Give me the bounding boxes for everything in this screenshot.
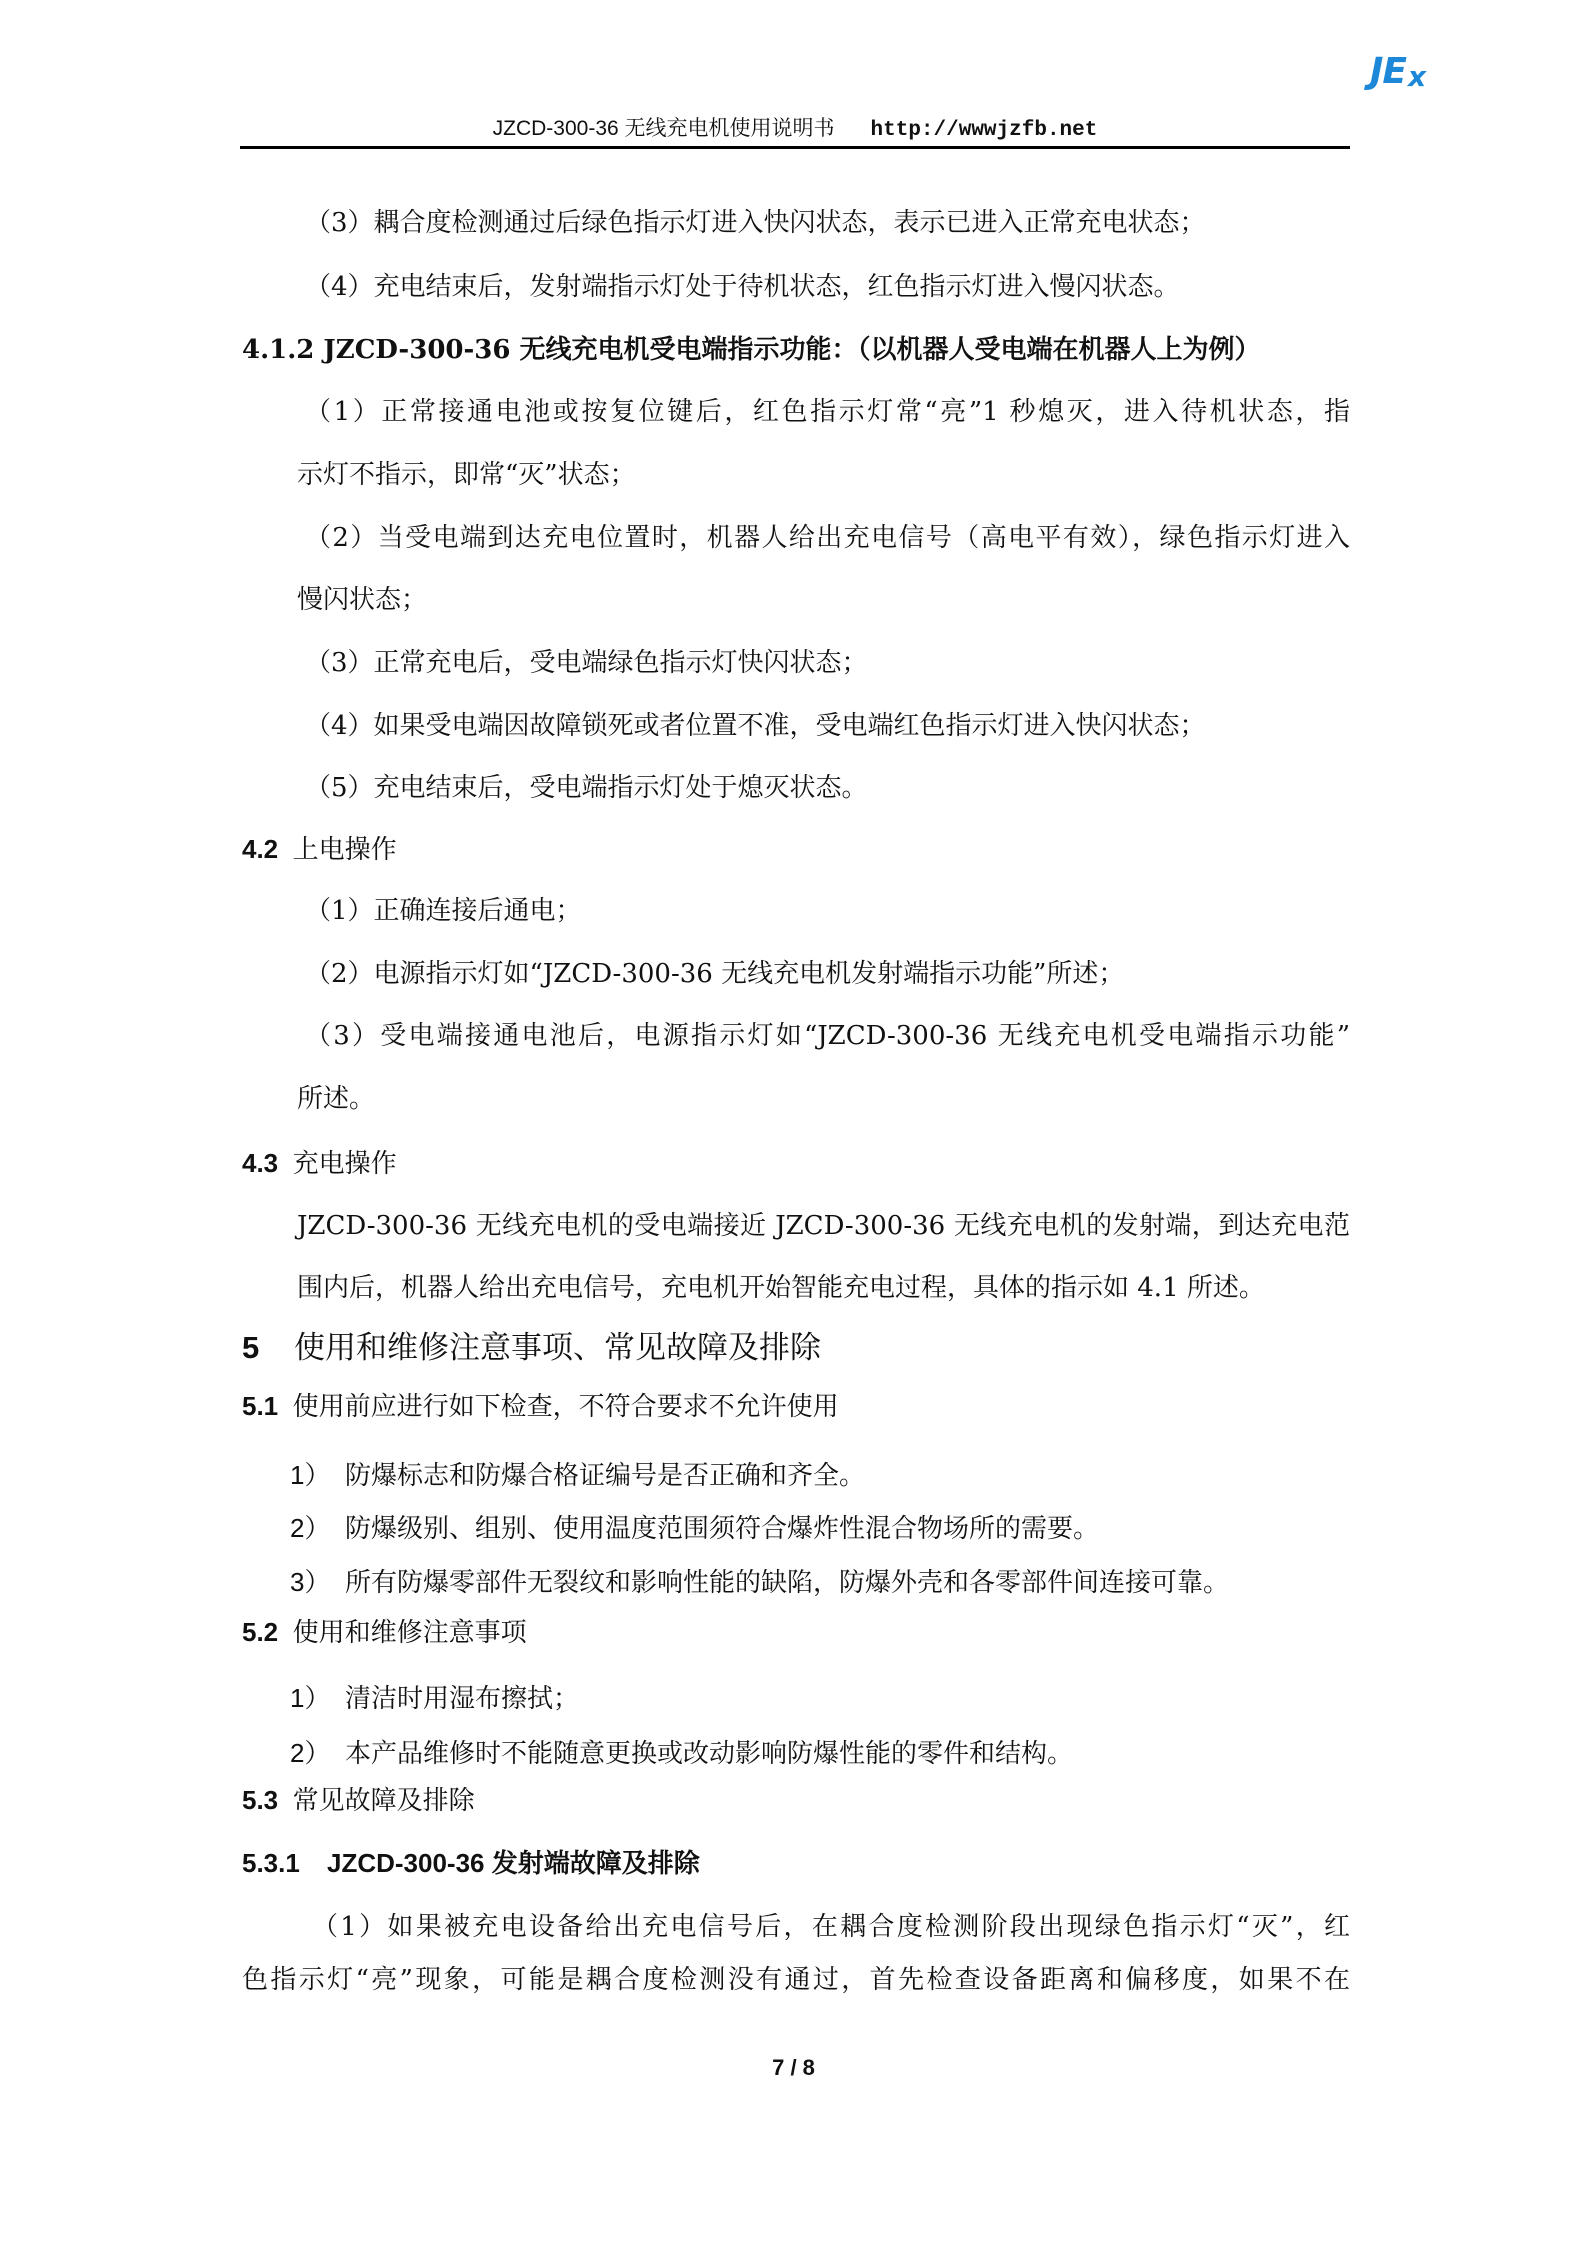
paragraph-line: JZCD-300-36 无线充电机的受电端接近 JZCD-300-36 无线充电… xyxy=(297,1208,1350,1244)
chapter-heading-5: 5使用和维修注意事项、常见故障及排除 xyxy=(242,1330,821,1366)
document-title: JZCD-300-36 无线充电机使用说明书 xyxy=(493,117,835,140)
company-logo: JEx xyxy=(1370,52,1425,92)
list-label: 1） xyxy=(290,1680,345,1716)
header-divider xyxy=(240,146,1350,149)
section-title: 使用和维修注意事项 xyxy=(293,1617,527,1647)
section-title: 上电操作 xyxy=(293,834,397,864)
section-heading-5-3-1: 5.3.1JZCD-300-36 发射端故障及排除 xyxy=(242,1845,700,1881)
list-item: （1）正常接通电池或按复位键后，红色指示灯常“亮”1 秒熄灭，进入待机状态，指 xyxy=(305,394,1350,430)
list-label: 1） xyxy=(290,1457,345,1493)
list-item: 3）所有防爆零部件无裂纹和影响性能的缺陷，防爆外壳和各零部件间连接可靠。 xyxy=(290,1564,1229,1600)
list-item: （3）耦合度检测通过后绿色指示灯进入快闪状态，表示已进入正常充电状态； xyxy=(305,205,1206,241)
list-item: （4）如果受电端因故障锁死或者位置不准，受电端红色指示灯进入快闪状态； xyxy=(305,708,1206,744)
list-item: （3）受电端接通电池后，电源指示灯如“JZCD-300-36 无线充电机受电端指… xyxy=(305,1018,1350,1054)
list-text: 本产品维修时不能随意更换或改动影响防爆性能的零件和结构。 xyxy=(345,1738,1073,1768)
chapter-title: 使用和维修注意事项、常见故障及排除 xyxy=(294,1330,821,1365)
website-url: http://wwwjzfb.net xyxy=(871,119,1098,142)
section-heading-5-1: 5.1 使用前应进行如下检查，不符合要求不允许使用 xyxy=(242,1388,839,1424)
list-item-continuation: 示灯不指示，即常“灭”状态； xyxy=(297,457,636,493)
section-heading-5-3: 5.3 常见故障及排除 xyxy=(242,1782,475,1818)
running-header: JZCD-300-36 无线充电机使用说明书http://wwwjzfb.net xyxy=(240,114,1350,144)
section-title: 使用前应进行如下检查，不符合要求不允许使用 xyxy=(293,1391,839,1421)
chapter-number: 5 xyxy=(242,1330,294,1366)
section-number: 4.3 xyxy=(242,1148,278,1178)
section-number: 5.3.1 xyxy=(242,1845,327,1881)
section-title: 常见故障及排除 xyxy=(293,1785,475,1815)
list-label: 2） xyxy=(290,1510,345,1546)
list-item: 1）防爆标志和防爆合格证编号是否正确和齐全。 xyxy=(290,1457,865,1493)
list-item: （2）电源指示灯如“JZCD-300-36 无线充电机发射端指示功能”所述； xyxy=(305,956,1124,992)
list-item: 1）清洁时用湿布擦拭； xyxy=(290,1680,579,1716)
section-number: 5.2 xyxy=(242,1617,278,1647)
list-text: 防爆级别、组别、使用温度范围须符合爆炸性混合物场所的需要。 xyxy=(345,1513,1099,1543)
list-item: （1）正确连接后通电； xyxy=(305,893,582,929)
section-number: 4.2 xyxy=(242,834,278,864)
paragraph-line: 色指示灯“亮”现象，可能是耦合度检测没有通过，首先检查设备距离和偏移度，如果不在 xyxy=(242,1962,1350,1998)
list-text: 清洁时用湿布擦拭； xyxy=(345,1683,579,1713)
section-heading-4-1-2: 4.1.2 JZCD-300-36 无线充电机受电端指示功能：（以机器人受电端在… xyxy=(242,332,1261,368)
section-number: 5.3 xyxy=(242,1785,278,1815)
section-heading-4-3: 4.3 充电操作 xyxy=(242,1145,397,1181)
list-item: 2）防爆级别、组别、使用温度范围须符合爆炸性混合物场所的需要。 xyxy=(290,1510,1099,1546)
list-item-continuation: 所述。 xyxy=(297,1081,375,1117)
list-label: 2） xyxy=(290,1735,345,1771)
section-heading-4-2: 4.2 上电操作 xyxy=(242,831,397,867)
paragraph-line: 围内后，机器人给出充电信号，充电机开始智能充电过程，具体的指示如 4.1 所述。 xyxy=(297,1270,1265,1306)
list-item: （3）正常充电后，受电端绿色指示灯快闪状态； xyxy=(305,645,868,681)
list-item: （5）充电结束后，受电端指示灯处于熄灭状态。 xyxy=(305,770,868,806)
logo-sub-text: x xyxy=(1408,60,1425,93)
logo-main-text: JE xyxy=(1370,51,1406,92)
section-title: JZCD-300-36 发射端故障及排除 xyxy=(327,1848,700,1878)
list-item-continuation: 慢闪状态； xyxy=(297,582,427,618)
section-number: 5.1 xyxy=(242,1391,278,1421)
section-title: 充电操作 xyxy=(293,1148,397,1178)
list-text: 防爆标志和防爆合格证编号是否正确和齐全。 xyxy=(345,1460,865,1490)
list-item: 2）本产品维修时不能随意更换或改动影响防爆性能的零件和结构。 xyxy=(290,1735,1073,1771)
paragraph-line: （1）如果被充电设备给出充电信号后，在耦合度检测阶段出现绿色指示灯“灭”，红 xyxy=(312,1909,1350,1945)
list-text: 所有防爆零部件无裂纹和影响性能的缺陷，防爆外壳和各零部件间连接可靠。 xyxy=(345,1567,1229,1597)
list-item: （4）充电结束后，发射端指示灯处于待机状态，红色指示灯进入慢闪状态。 xyxy=(305,269,1180,305)
page-number: 7 / 8 xyxy=(0,2055,1587,2081)
section-heading-5-2: 5.2 使用和维修注意事项 xyxy=(242,1614,527,1650)
list-label: 3） xyxy=(290,1564,345,1600)
list-item: （2）当受电端到达充电位置时，机器人给出充电信号（高电平有效），绿色指示灯进入 xyxy=(305,520,1350,556)
